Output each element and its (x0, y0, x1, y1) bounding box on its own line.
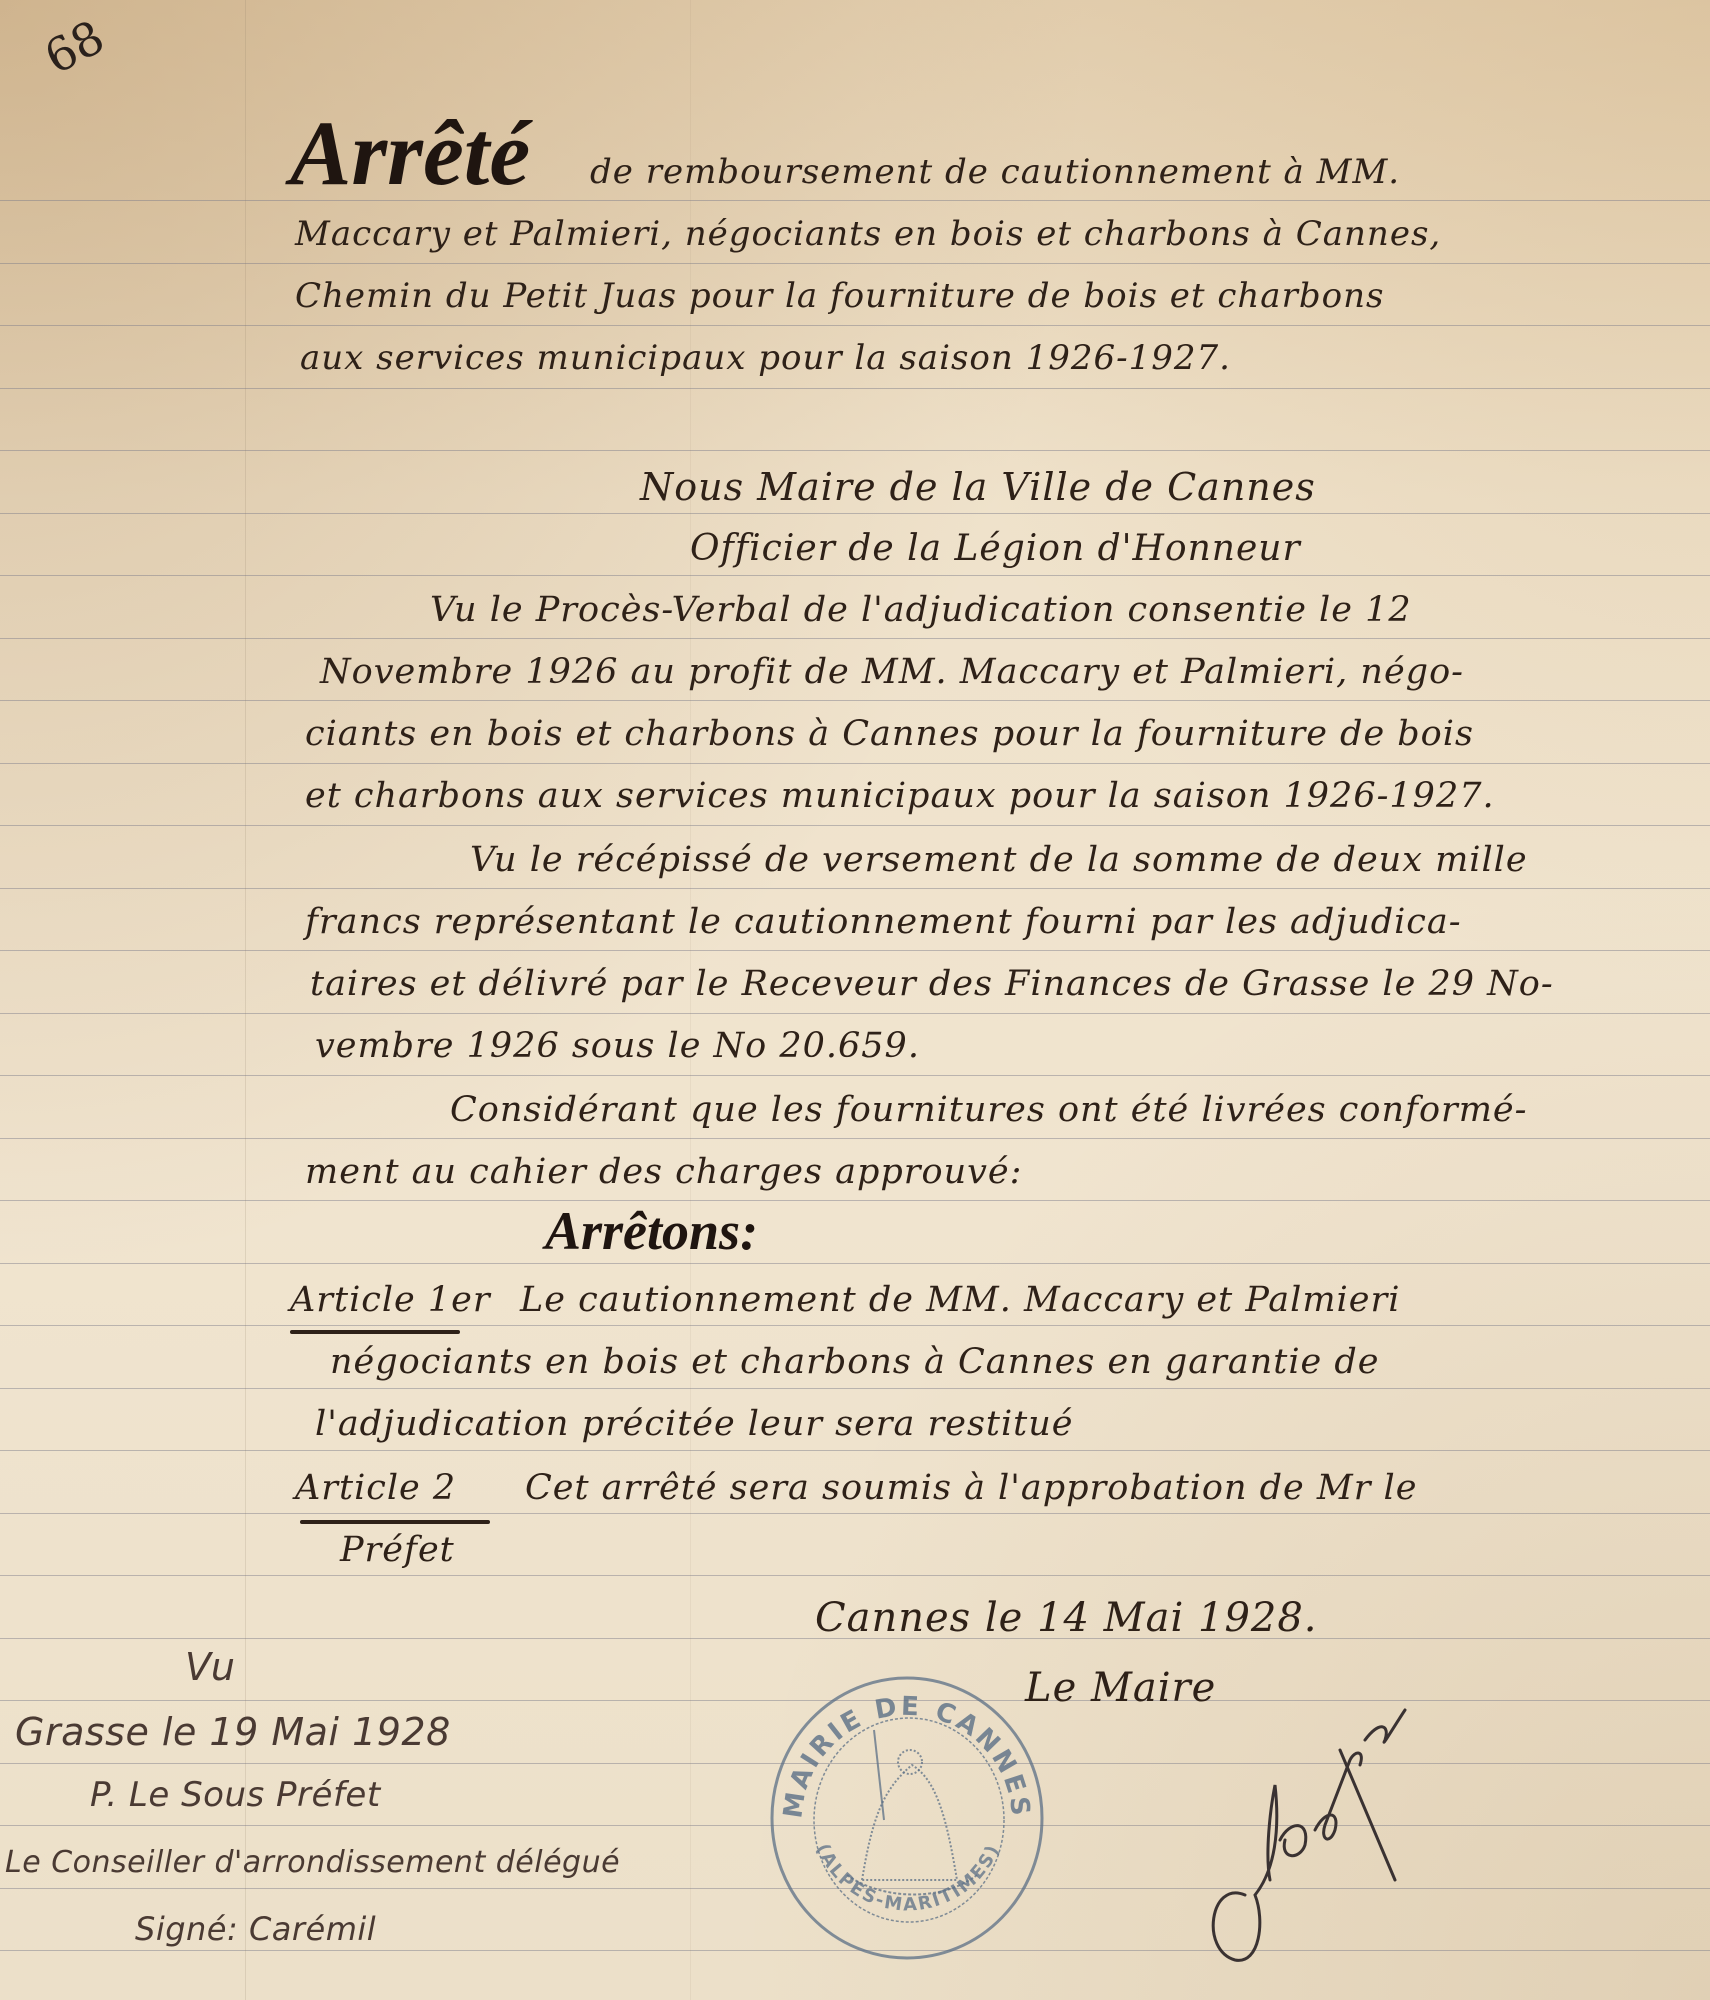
margin-line (245, 0, 246, 2000)
ruled-line (0, 200, 1710, 201)
consideration-2-line-2: francs représentant le cautionnement fou… (305, 902, 1462, 942)
ruled-line (0, 575, 1710, 576)
document-title: Arrêté (290, 100, 530, 206)
page-number: 68 (36, 9, 113, 84)
svg-text:(ALPES-MARITIMES): (ALPES-MARITIMES) (812, 1841, 1005, 1916)
heading-line-1: de remboursement de cautionnement à MM. (590, 152, 1400, 192)
visa-delegate: Le Conseiller d'arrondissement délégué (5, 1845, 620, 1880)
ruled-line (0, 950, 1710, 951)
stamp-bottom-text: (ALPES-MARITIMES) (812, 1841, 1005, 1916)
consideration-1-line-4: et charbons aux services municipaux pour… (305, 776, 1495, 816)
ruled-line (0, 700, 1710, 701)
article-2-line-1: Cet arrêté sera soumis à l'approbation d… (525, 1468, 1417, 1508)
ruled-line (0, 638, 1710, 639)
ruled-line (0, 388, 1710, 389)
ruled-line (0, 1013, 1710, 1014)
ruled-line (0, 1325, 1710, 1326)
article-2-line-2: Préfet (340, 1530, 455, 1570)
svg-text:MAIRIE DE CANNES: MAIRIE DE CANNES (778, 1692, 1035, 1820)
article-2-label: Article 2 (295, 1468, 456, 1508)
article-1-line-3: l'adjudication précitée leur sera restit… (315, 1404, 1074, 1444)
visa-signed: Signé: Carémil (135, 1910, 376, 1948)
consideration-2-line-4: vembre 1926 sous le No 20.659. (315, 1026, 920, 1066)
article-1-label: Article 1er (290, 1280, 491, 1320)
seal-icon: MAIRIE DE CANNES (ALPES-MARITIMES) (762, 1670, 1052, 1960)
ruled-line (0, 1450, 1710, 1451)
ruled-line (0, 263, 1710, 264)
ruled-line (0, 825, 1710, 826)
heading-line-4: aux services municipaux pour la saison 1… (300, 338, 1231, 378)
article-1-line-2: négociants en bois et charbons à Cannes … (330, 1342, 1380, 1382)
consideration-1-line-3: ciants en bois et charbons à Cannes pour… (305, 714, 1474, 754)
visa-place-date: Grasse le 19 Mai 1928 (15, 1710, 451, 1754)
consideration-1-line-1: Vu le Procès-Verbal de l'adjudication co… (430, 590, 1412, 630)
stamp-top-text: MAIRIE DE CANNES (778, 1692, 1035, 1820)
place-date: Cannes le 14 Mai 1928. (815, 1595, 1318, 1641)
authority-line-1: Nous Maire de la Ville de Cannes (640, 465, 1316, 509)
ruled-line (0, 1388, 1710, 1389)
ruled-line (0, 450, 1710, 451)
ruled-line (0, 1200, 1710, 1201)
mayor-signature (1180, 1680, 1410, 1980)
ruled-line (0, 1263, 1710, 1264)
visa-mark: Vu (185, 1645, 235, 1689)
article-1-line-1: Le cautionnement de MM. Maccary et Palmi… (520, 1280, 1400, 1320)
mairie-stamp: MAIRIE DE CANNES (ALPES-MARITIMES) (762, 1670, 1052, 1960)
consideration-1-line-2: Novembre 1926 au profit de MM. Maccary e… (320, 652, 1464, 692)
ruled-line (0, 1075, 1710, 1076)
ruled-line (0, 1513, 1710, 1514)
ruled-line (0, 1138, 1710, 1139)
visa-authority: P. Le Sous Préfet (90, 1775, 381, 1815)
authority-line-2: Officier de la Légion d'Honneur (690, 528, 1301, 569)
ruled-line (0, 325, 1710, 326)
consideration-2-line-1: Vu le récépissé de versement de la somme… (470, 840, 1528, 880)
ruled-line (0, 888, 1710, 889)
heading-line-2: Maccary et Palmieri, négociants en bois … (295, 214, 1441, 254)
document-page: 68 Arrêté de remboursement de cautionnem… (0, 0, 1710, 2000)
consideration-2-line-3: taires et délivré par le Receveur des Fi… (310, 964, 1554, 1004)
ruled-line (0, 513, 1710, 514)
ruled-line (0, 1575, 1710, 1576)
consideration-3-line-2: ment au cahier des charges approuvé: (305, 1152, 1022, 1192)
signature-icon (1180, 1680, 1410, 1980)
article-1-underline (290, 1330, 460, 1334)
heading-line-3: Chemin du Petit Juas pour la fourniture … (295, 276, 1384, 316)
decree-heading: Arrêtons: (545, 1200, 758, 1262)
consideration-3-line-1: Considérant que les fournitures ont été … (450, 1090, 1527, 1130)
ruled-line (0, 763, 1710, 764)
article-2-underline (300, 1520, 490, 1524)
